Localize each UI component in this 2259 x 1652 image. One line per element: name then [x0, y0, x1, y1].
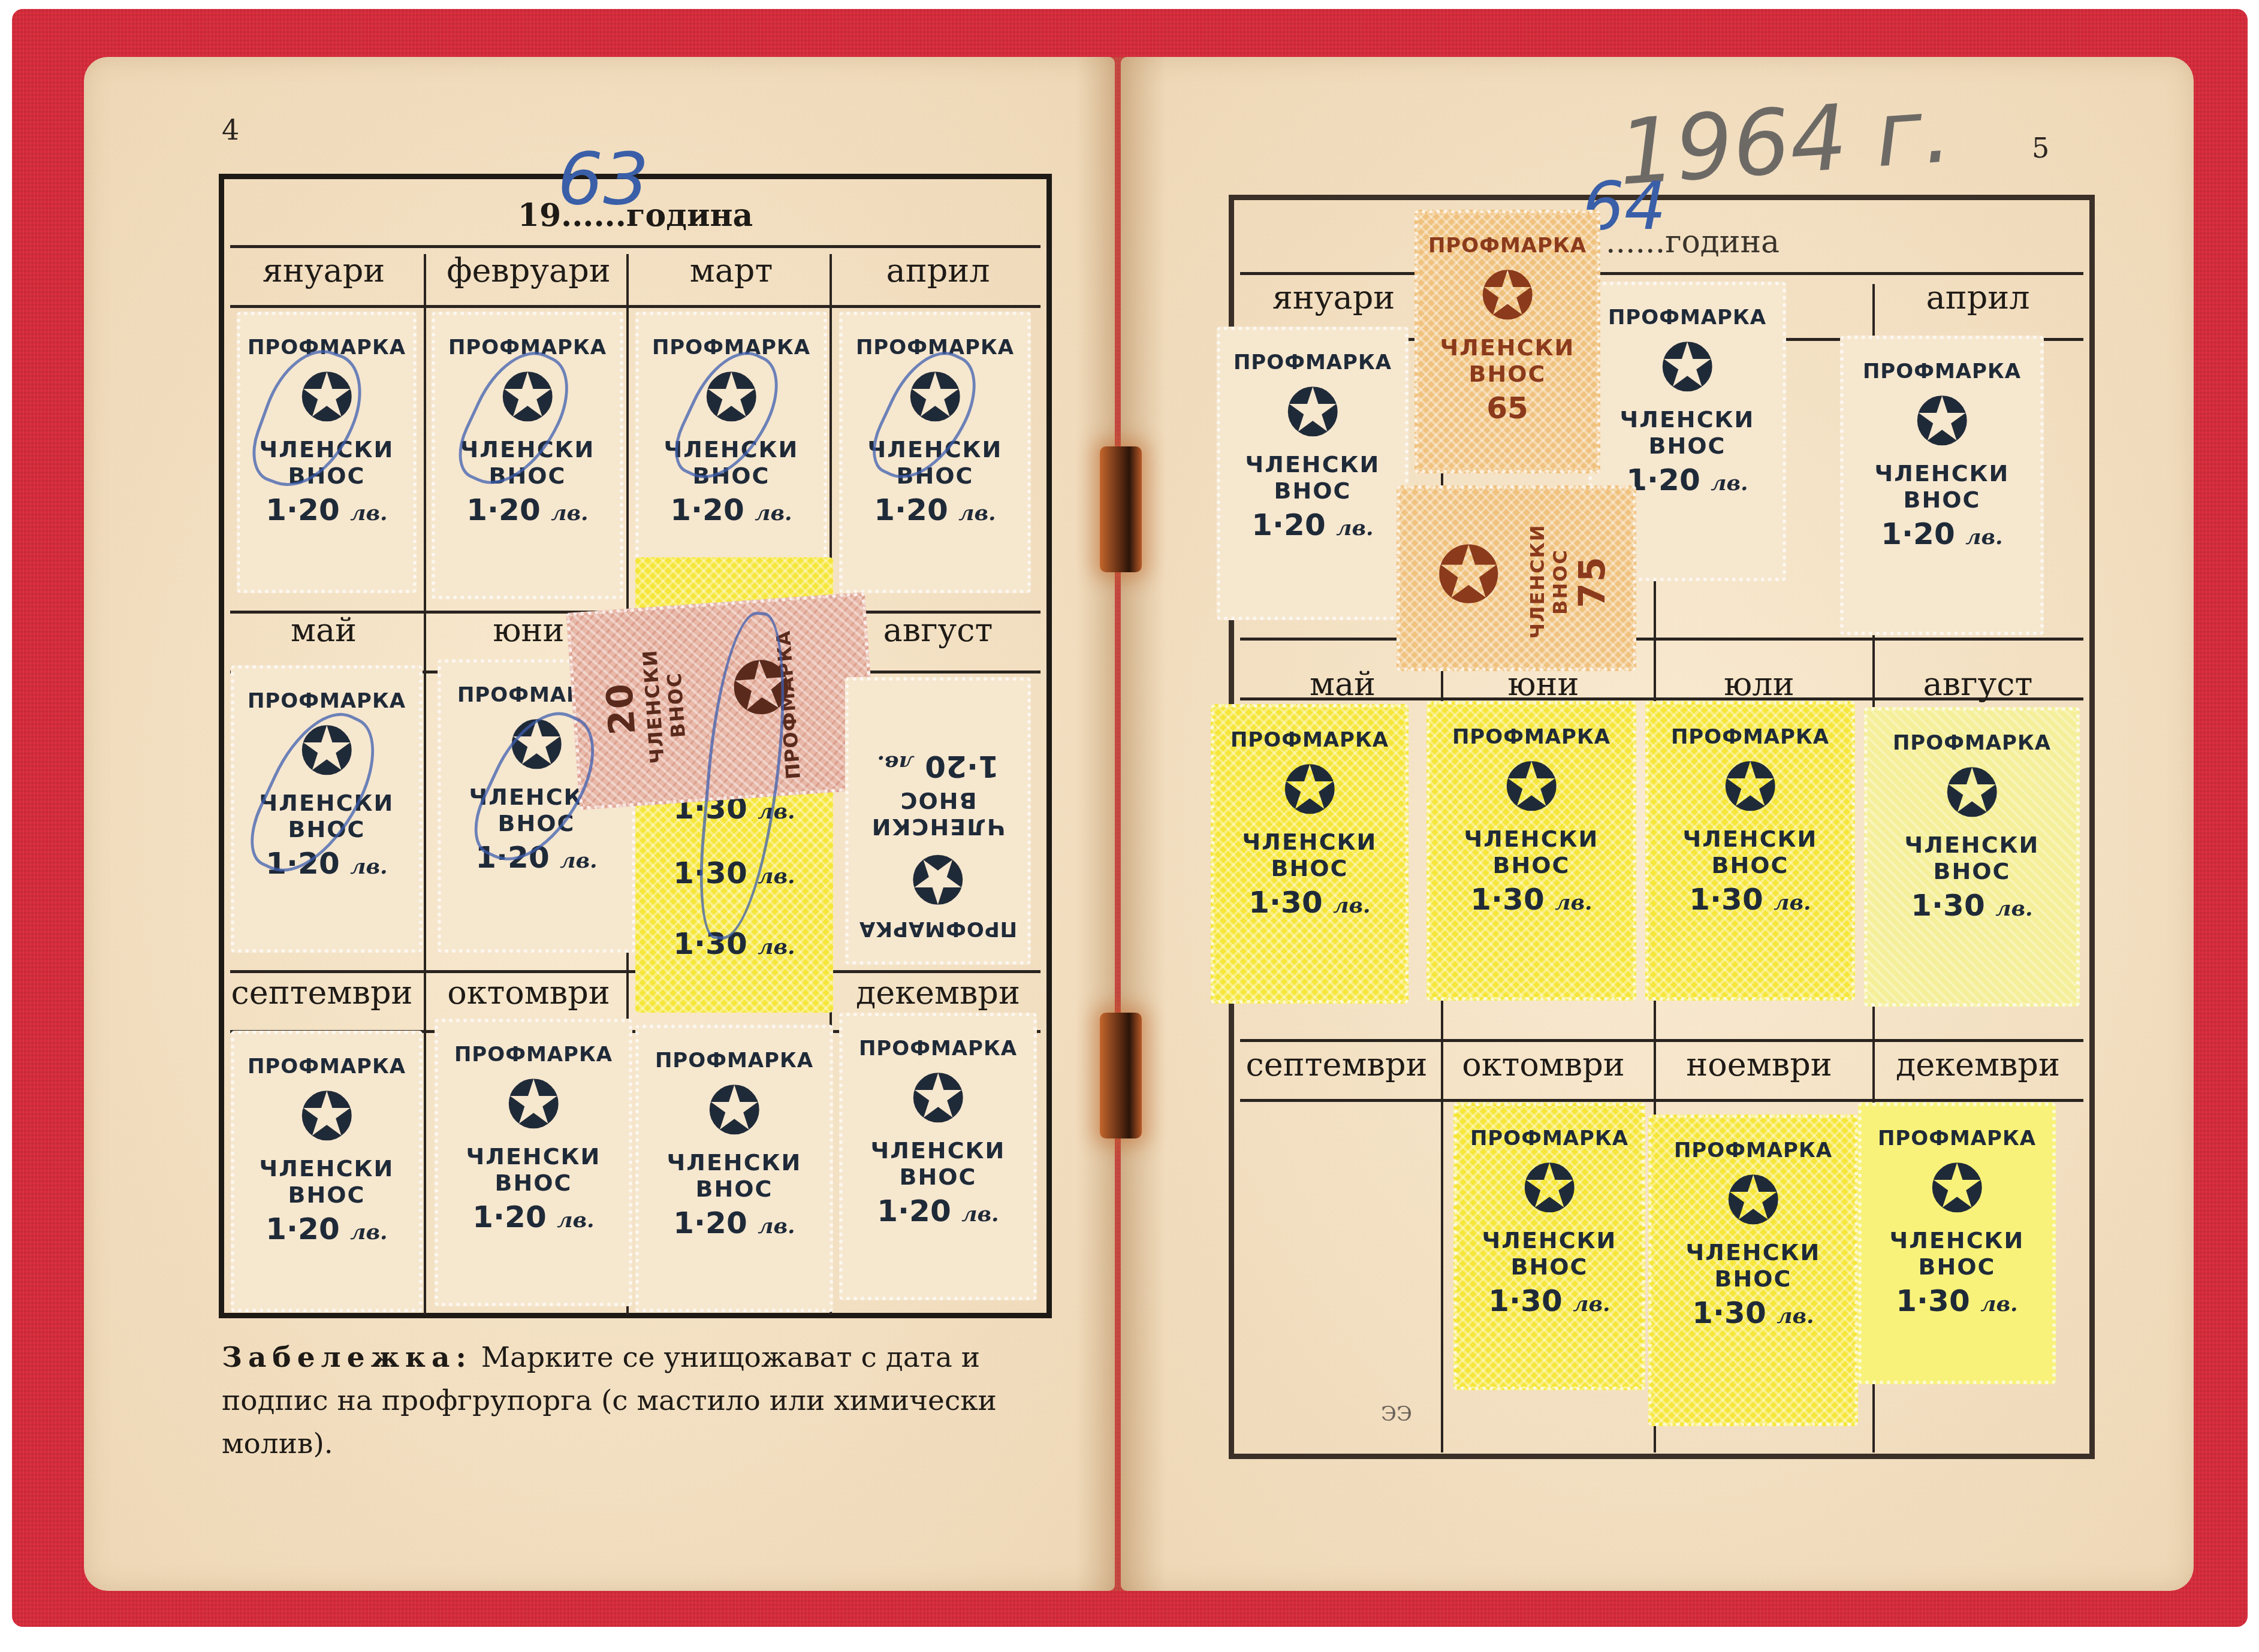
- star-gear-emblem-icon: ✪: [438, 1069, 629, 1141]
- star-gear-emblem-icon: ✪: [1430, 751, 1633, 823]
- stamp-dec-64: ПРОФМАРКА ✪ ЧЛЕНСКИ ВНОС 1·30 лв.: [1858, 1103, 2056, 1384]
- star-gear-emblem-icon: ✪: [1457, 1153, 1642, 1225]
- stamp-value: 1·20 лв.: [234, 1212, 419, 1246]
- stamp-line2: ВНОС: [1418, 361, 1597, 387]
- stamp-value: 1·20 лв.: [843, 1194, 1033, 1228]
- year-prefix: 19: [518, 197, 561, 234]
- divider: [1240, 1039, 2083, 1042]
- binding-staple-top: [1100, 446, 1142, 572]
- stamp-line1: ЧЛЕНСКИ: [1649, 826, 1851, 852]
- stamp-value: 1·20 лв.: [639, 493, 824, 527]
- stamp-line1: ЧЛЕНСКИ: [1592, 406, 1783, 433]
- page-number-left: 4: [222, 114, 239, 146]
- stamp-value: 1·30 лв.: [1862, 1283, 2052, 1318]
- stamp-issuer: ПРОФМАРКА: [234, 1055, 419, 1079]
- stamp-issuer: ПРОФМАРКА: [849, 917, 1027, 941]
- footnote: Забележка: Марките се унищожават с дата …: [222, 1336, 1055, 1466]
- stamp-issuer: ПРОФМАРКА: [1592, 306, 1783, 330]
- month-label-feb: февруари: [427, 252, 631, 289]
- star-gear-emblem-icon: ✪: [1652, 1165, 1854, 1237]
- stamp-line2: ВНОС: [639, 1176, 830, 1202]
- star-gear-emblem-icon: ✪: [1844, 386, 2040, 458]
- binding-staple-bottom: [1100, 1013, 1142, 1138]
- divider: [1240, 1099, 2083, 1102]
- star-gear-emblem-icon: ✪: [1868, 757, 2076, 829]
- stamp-line1: ЧЛЕНСКИ: [1418, 334, 1597, 361]
- stamp-line2: ВНОС: [234, 1182, 419, 1208]
- stamp-issuer: ПРОФМАРКА: [1430, 725, 1633, 749]
- stamp-line2: ВНОС: [1220, 478, 1405, 504]
- month-label-apr: април: [833, 252, 1043, 289]
- star-gear-emblem-icon: ✪: [1436, 539, 1501, 611]
- stamp-issuer: ПРОФМАРКА: [234, 689, 419, 713]
- stamp-line2: ВНОС: [843, 1164, 1033, 1190]
- stamp-issuer: ПРОФМАРКА: [639, 1049, 830, 1073]
- month-label-may: май: [228, 611, 420, 649]
- stamp-overlay-65-st: ПРОФМАРКА ✪ ЧЛЕНСКИ ВНОС 65: [1414, 210, 1600, 473]
- stamp-nov-64: ПРОФМАРКА ✪ ЧЛЕНСКИ ВНОС 1·30 лв.: [1648, 1115, 1858, 1426]
- stamp-issuer: ПРОФМАРКА: [1418, 234, 1597, 258]
- book-gutter: [1076, 57, 1166, 1591]
- stamp-line2: ВНОС: [1652, 1266, 1854, 1292]
- month-label-dec: декември: [833, 974, 1043, 1011]
- stamp-issuer: ПРОФМАРКА: [1862, 1126, 2052, 1150]
- stamp-issuer: ПРОФМАРКА: [1649, 725, 1851, 749]
- star-gear-emblem-icon: ✪: [234, 1081, 419, 1153]
- stamp-line1: ЧЛЕНСКИ: [1862, 1227, 2052, 1254]
- stamp-line2: ВНОС: [1649, 852, 1851, 878]
- stamp-line1: ЧЛЕНСКИ: [639, 1149, 830, 1176]
- stamp-line2: ВНОС: [1844, 487, 2040, 513]
- stamp-line1: ЧЛЕНСКИ: [1844, 460, 2040, 487]
- stamp-may-64: ПРОФМАРКА ✪ ЧЛЕНСКИ ВНОС 1·30 лв.: [1211, 704, 1409, 1004]
- stamp-line1: ЧЛЕНСКИ: [1457, 1227, 1642, 1254]
- stamp-oct-63: ПРОФМАРКА ✪ ЧЛЕНСКИ ВНОС 1·20 лв.: [435, 1019, 632, 1306]
- stamp-line2: ВНОС: [843, 463, 1027, 489]
- stamp-line1: ЧЛЕНСКИ: [1526, 525, 1549, 639]
- stamp-issuer: ПРОФМАРКА: [1844, 360, 2040, 383]
- stamp-value: 1·20 лв.: [843, 493, 1027, 527]
- stamp-line1: ЧЛЕНСКИ: [843, 1137, 1033, 1164]
- star-gear-emblem-icon: ✪: [1862, 1153, 2052, 1225]
- stamp-value: 65: [1418, 391, 1597, 425]
- star-gear-emblem-icon: ✪: [1214, 754, 1405, 826]
- stamp-line2: ВНОС: [1592, 433, 1783, 459]
- stamp-line1: ЧЛЕНСКИ: [234, 1155, 419, 1182]
- stamp-line2: ВНОС: [1214, 855, 1405, 881]
- stamp-oct-64: ПРОФМАРКА ✪ ЧЛЕНСКИ ВНОС 1·30 лв.: [1453, 1103, 1645, 1390]
- stamp-line2: ВНОС: [1862, 1254, 2052, 1280]
- stamp-line1: ЧЛЕНСКИ: [438, 1143, 629, 1170]
- handwritten-year-63: 63: [557, 138, 649, 221]
- month-label-sep: септември: [223, 974, 421, 1011]
- stamp-jun-64: ПРОФМАРКА ✪ ЧЛЕНСКИ ВНОС 1·30 лв.: [1426, 701, 1636, 1001]
- stamp-sep-63: ПРОФМАРКА ✪ ЧЛЕНСКИ ВНОС 1·20 лв.: [231, 1031, 423, 1312]
- stamp-value: 1·20 лв.: [849, 749, 1027, 784]
- stray-print-mark: ЭЭ: [1361, 1402, 1432, 1426]
- month-label-oct: октомври: [1438, 1046, 1648, 1083]
- divider: [230, 305, 1040, 308]
- stamp-line2: ВНОС: [438, 1170, 629, 1196]
- stamp-issuer: ПРОФМАРКА: [1214, 728, 1405, 752]
- stamp-issuer: ПРОФМАРКА: [1868, 731, 2076, 755]
- stamp-line2: ВНОС: [1430, 852, 1633, 878]
- stamp-value: 1·20 лв.: [438, 1200, 629, 1234]
- month-label-jan: януари: [1244, 279, 1423, 316]
- stamp-line2: ВНОС: [849, 787, 1027, 814]
- stamp-value: 1·20 лв.: [435, 493, 620, 527]
- stamp-issuer: ПРОФМАРКА: [1220, 351, 1405, 375]
- stamp-aug-64: ПРОФМАРКА ✪ ЧЛЕНСКИ ВНОС 1·30 лв.: [1864, 707, 2080, 1007]
- stamp-issuer: ПРОФМАРКА: [1652, 1138, 1854, 1162]
- stamp-line2: ВНОС: [1868, 858, 2076, 884]
- stamp-value: 1·20 лв.: [1844, 517, 2040, 551]
- stamp-value: 1·20 лв.: [240, 493, 413, 527]
- star-gear-emblem-icon: ✪: [1418, 260, 1597, 332]
- stamp-value: 1·30 лв.: [1868, 888, 2076, 923]
- stamp-line1: ЧЛЕНСКИ: [1220, 451, 1405, 478]
- stamp-line2: ВНОС: [1457, 1254, 1642, 1280]
- stamp-rotated-text: ЧЛЕНСКИ ВНОС 75: [1526, 525, 1636, 639]
- stamp-aug-63-inverted: ПРОФМАРКА ✪ ЧЛЕНСКИ ВНОС 1·20 лв.: [845, 677, 1031, 965]
- stamp-issuer: ПРОФМАРКА: [1457, 1126, 1642, 1150]
- month-label-nov: ноември: [1654, 1046, 1864, 1083]
- month-label-jul: юли: [1654, 665, 1864, 703]
- stamp-value: 1·30 лв.: [1457, 1283, 1642, 1318]
- month-label-sep: септември: [1235, 1046, 1438, 1083]
- stamp-value: 1·30 лв.: [1430, 882, 1633, 917]
- stamp-value: 1·30 лв.: [1652, 1295, 1854, 1330]
- stamp-line1: ЧЛЕНСКИ: [1430, 826, 1633, 852]
- month-label-oct: октомври: [427, 974, 631, 1011]
- stamp-line1: ЧЛЕНСКИ: [1868, 832, 2076, 858]
- stamp-line1: ЧЛЕНСКИ: [1214, 829, 1405, 855]
- stamp-overlay-75-st: ✪ ЧЛЕНСКИ ВНОС 75: [1397, 485, 1636, 671]
- stamp-line1: ЧЛЕНСКИ: [1652, 1239, 1854, 1266]
- month-label-apr: април: [1870, 279, 2086, 316]
- stamp-line2: ВНОС: [1549, 525, 1572, 639]
- stamp-value: 1·20 лв.: [639, 1206, 830, 1240]
- divider: [230, 245, 1040, 248]
- page-number-right: 5: [2032, 132, 2049, 164]
- star-gear-emblem-icon: ✪: [639, 1075, 830, 1147]
- footnote-label: Забележка:: [222, 1341, 472, 1374]
- stamp-jul-64: ПРОФМАРКА ✪ ЧЛЕНСКИ ВНОС 1·30 лв.: [1645, 701, 1855, 1001]
- star-gear-emblem-icon: ✪: [1592, 332, 1783, 404]
- divider: [1240, 272, 2083, 275]
- month-label-mar: март: [629, 252, 833, 289]
- star-gear-emblem-icon: ✪: [1649, 751, 1851, 823]
- month-label-aug: август: [1870, 665, 2086, 703]
- column-divider: [424, 254, 426, 1315]
- stamp-value: 1·30 лв.: [1214, 885, 1405, 920]
- stamp-value: 1·20 лв.: [1220, 508, 1405, 542]
- stamp-issuer: ПРОФМАРКА: [438, 1043, 629, 1067]
- star-gear-emblem-icon: ✪: [849, 842, 1027, 914]
- stamp-value: 1·30 лв.: [1649, 882, 1851, 917]
- stamp-jan-64: ПРОФМАРКА ✪ ЧЛЕНСКИ ВНОС 1·20 лв.: [1217, 327, 1409, 620]
- stamp-nov-63: ПРОФМАРКА ✪ ЧЛЕНСКИ ВНОС 1·20 лв.: [635, 1025, 833, 1312]
- stamp-line1: ЧЛЕНСКИ: [849, 814, 1027, 840]
- stamp-value: 75: [1572, 525, 1613, 639]
- stamp-apr-64: ПРОФМАРКА ✪ ЧЛЕНСКИ ВНОС 1·20 лв.: [1840, 336, 2044, 635]
- year-suffix: година: [1665, 224, 1780, 260]
- star-gear-emblem-icon: ✪: [1220, 377, 1405, 449]
- star-gear-emblem-icon: ✪: [843, 1063, 1033, 1135]
- stamp-issuer: ПРОФМАРКА: [843, 1037, 1033, 1061]
- divider: [1240, 638, 2083, 641]
- month-label-dec: декември: [1870, 1046, 2086, 1083]
- month-label-jan: януари: [228, 252, 420, 289]
- stamp-rotated-text: 20 ЧЛЕНСКИ ВНОС: [596, 642, 724, 770]
- stamp-dec-63: ПРОФМАРКА ✪ ЧЛЕНСКИ ВНОС 1·20 лв.: [839, 1013, 1037, 1300]
